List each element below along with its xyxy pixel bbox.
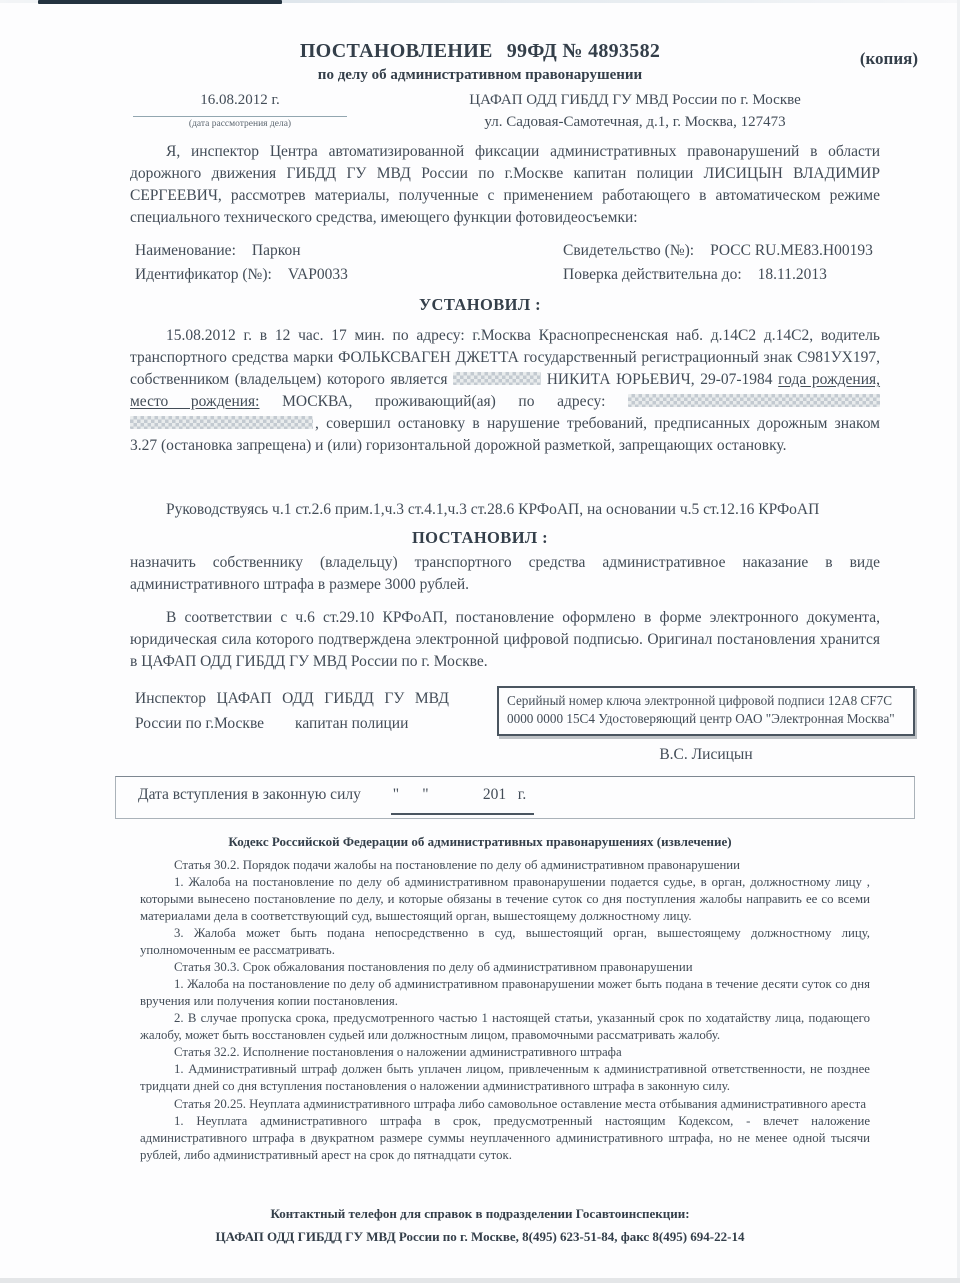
birth-place: МОСКВА, проживающий(ая) по адресу: [282,393,605,410]
inspector-title: Инспектор ЦАФАП ОДД ГИБДД ГУ МВД России … [135,686,449,764]
owner-name: НИКИТА ЮРЬЕВИЧ, 29-07-1984 [547,371,773,388]
footer-line-2: ЦАФАП ОДД ГИБДД ГУ МВД России по г. Моск… [0,1229,960,1245]
law-paragraph: Статья 30.3. Срок обжалования постановле… [140,959,870,976]
law-paragraph: 1. Жалоба на постановление по делу об ад… [140,874,870,925]
identifier-label: Идентификатор (№): [135,266,272,283]
review-date-caption: (дата рассмотрения дела) [115,119,365,129]
legal-basis-text: Руководствуясь ч.1 ст.2.6 прим.1,ч.3 ст.… [130,501,880,519]
authority-name: ЦАФАП ОДД ГИБДД ГУ МВД России по г. Моск… [365,92,905,109]
review-date-block: 16.08.2012 г. (дата рассмотрения дела) [115,92,365,131]
footer-line-1: Контактный телефон для справок в подразд… [0,1206,960,1222]
resolved-heading: ПОСТАНОВИЛ : [0,528,960,548]
code-extract-heading: Кодекс Российской Федерации об администр… [0,834,960,850]
signature-right-column: Серийный номер ключа электронной цифрово… [497,686,915,764]
header-columns: 16.08.2012 г. (дата рассмотрения дела) Ц… [0,92,960,131]
law-paragraph: Статья 32.2. Исполнение постановления о … [140,1044,870,1061]
authority-block: ЦАФАП ОДД ГИБДД ГУ МВД России по г. Моск… [365,92,960,131]
equipment-name-cell: Наименование:Паркон [135,241,563,262]
contact-footer: Контактный телефон для справок в подразд… [0,1206,960,1245]
equipment-certificate-cell: Свидетельство (№):РОСС RU.ME83.H00193 [563,241,880,262]
digital-signature-box: Серийный номер ключа электронной цифрово… [497,686,915,736]
certificate-value: РОСС RU.ME83.H00193 [710,242,873,259]
document-title: ПОСТАНОВЛЕНИЕ99ФД № 4893582 [0,40,960,63]
effective-date-box: Дата вступления в законную силу " " 201 … [115,776,915,819]
law-paragraph: 1. Жалоба на постановление по делу об ад… [140,976,870,1010]
code-extract-text: Статья 30.2. Порядок подачи жалобы на по… [140,857,870,1163]
law-paragraph: 1. Неуплата административного штрафа в с… [140,1113,870,1164]
title-word: ПОСТАНОВЛЕНИЕ [300,40,493,62]
signature-block: Инспектор ЦАФАП ОДД ГИБДД ГУ МВД России … [135,686,915,764]
violation-paragraph: 15.08.2012 г. в 12 час. 17 мин. по адрес… [130,325,880,457]
effective-date-label: Дата вступления в законную силу [138,786,361,803]
redacted-address-2 [130,416,313,429]
review-date: 16.08.2012 г. [115,92,365,109]
equipment-row: Идентификатор (№):VAP0033 Поверка действ… [135,265,880,286]
certificate-label: Свидетельство (№): [563,242,694,259]
redacted-owner-surname [453,372,541,385]
verification-value: 18.11.2013 [758,266,827,283]
signatory-name: В.С. Лисицын [497,746,915,764]
verification-cell: Поверка действительна до:18.11.2013 [563,265,880,286]
redacted-address-1 [628,394,880,407]
effective-date-blank: " " 201 г. [391,786,535,815]
review-date-rule [133,116,347,117]
equipment-id-cell: Идентификатор (№):VAP0033 [135,265,563,286]
law-paragraph: 2. В случае пропуска срока, предусмотрен… [140,1010,870,1044]
electronic-document-text: В соответствии с ч.6 ст.29.10 КРФоАП, по… [130,607,880,673]
equipment-name-label: Наименование: [135,242,236,259]
document-subtitle: по делу об административном правонарушен… [0,67,960,84]
law-paragraph: Статья 30.2. Порядок подачи жалобы на по… [140,857,870,874]
intro-paragraph: Я, инспектор Центра автоматизированной ф… [130,141,880,229]
document-page: (копия) ПОСТАНОВЛЕНИЕ99ФД № 4893582 по д… [0,0,960,1283]
document-number: 99ФД № 4893582 [507,40,660,62]
law-paragraph: 1. Административный штраф должен быть уп… [140,1061,870,1095]
established-heading: УСТАНОВИЛ : [0,295,960,315]
law-paragraph: 3. Жалоба может быть подана непосредстве… [140,925,870,959]
equipment-row: Наименование:Паркон Свидетельство (№):РО… [135,241,880,262]
penalty-text: назначить собственнику (владельцу) транс… [130,552,880,596]
verification-label: Поверка действительна до: [563,266,742,283]
scan-artifact-strip [38,0,282,4]
authority-address: ул. Садовая-Самотечная, д.1, г. Москва, … [365,114,905,131]
law-paragraph: Статья 20.25. Неуплата административного… [140,1096,870,1113]
scan-edge-bottom [0,1278,960,1283]
equipment-name-value: Паркон [252,242,301,259]
identifier-value: VAP0033 [288,266,348,283]
equipment-table: Наименование:Паркон Свидетельство (№):РО… [135,241,880,286]
copy-label: (копия) [860,49,918,69]
